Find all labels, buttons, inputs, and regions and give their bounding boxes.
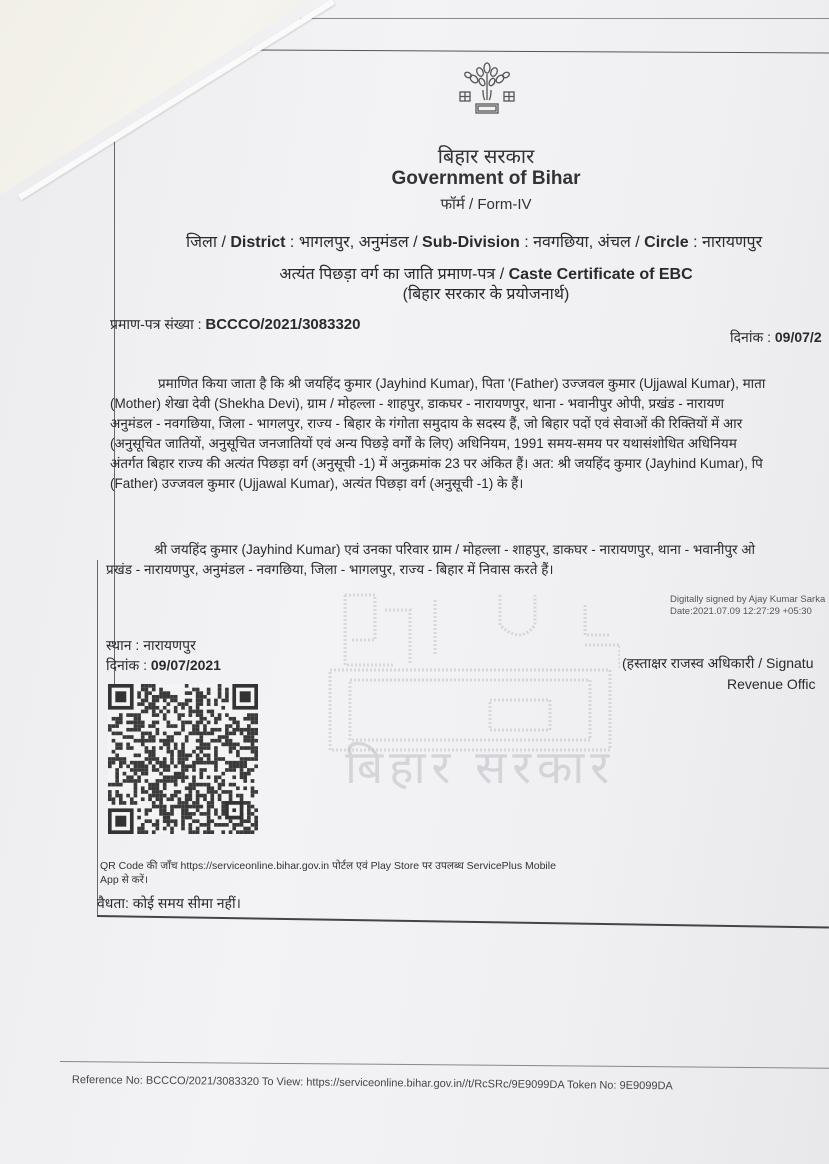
state-name-english: Government of Bihar bbox=[0, 168, 829, 190]
issue-place-label: स्थान : bbox=[106, 637, 143, 653]
signatory-designation: Revenue Offic bbox=[727, 676, 815, 692]
subdivision-label: Sub-Division bbox=[422, 234, 520, 251]
page-edge-line bbox=[300, 18, 829, 19]
paragraph-line: (अनुसूचित जातियों, अनुसूचित जनजातियों एव… bbox=[110, 434, 829, 454]
paragraph-line: श्री जयहिंद कुमार (Jayhind Kumar) एवं उन… bbox=[106, 540, 829, 560]
paragraph-line: प्रखंड - नारायणपुर, अनुमंडल - नवगछिया, ज… bbox=[106, 560, 829, 580]
district-label: जिला / bbox=[186, 234, 230, 251]
form-number: फॉर्म / Form-IV bbox=[0, 194, 829, 214]
issue-date-label: दिनांक : bbox=[106, 657, 151, 673]
certificate-date: दिनांक : 09/07/2 bbox=[730, 328, 822, 347]
paragraph-line: (Mother) शेखा देवी (Shekha Devi), ग्राम … bbox=[110, 394, 829, 414]
reference-separator bbox=[60, 1061, 829, 1069]
jurisdiction-line: जिला / District : भागलपुर, अनुमंडल / Sub… bbox=[186, 230, 762, 252]
certificate-date-label: दिनांक : bbox=[730, 329, 775, 345]
paragraph-line: अंतर्गत बिहार राज्य की अत्यंत पिछड़ा वर्… bbox=[110, 454, 829, 474]
bottom-border-line bbox=[97, 915, 829, 928]
qr-code-icon[interactable] bbox=[108, 684, 258, 834]
state-name-hindi: बिहार सरकार bbox=[0, 142, 829, 169]
left-border-line-lower bbox=[97, 560, 98, 915]
certification-paragraph: प्रमाणित किया जाता है कि श्री जयहिंद कुम… bbox=[110, 374, 829, 494]
watermark-text: बिहार सरकार bbox=[345, 735, 615, 797]
subdivision-value: : नवगछिया, अंचल / bbox=[520, 234, 644, 251]
circle-value: : नारायणपुर bbox=[689, 234, 763, 251]
reference-line: Reference No: BCCCO/2021/3083320 To View… bbox=[72, 1074, 673, 1092]
certificate-title: अत्यंत पिछड़ा वर्ग का जाति प्रमाण-पत्र /… bbox=[0, 262, 829, 284]
certificate-number-label: प्रमाण-पत्र संख्या : bbox=[110, 316, 205, 332]
bihar-govt-emblem-icon bbox=[456, 60, 518, 122]
district-label-en: District bbox=[230, 234, 285, 251]
certificate-title-english: Caste Certificate of EBC bbox=[509, 266, 693, 283]
issue-date-value: 09/07/2021 bbox=[151, 657, 221, 673]
qr-verification-note: QR Code की जाँच https://serviceonline.bi… bbox=[100, 859, 570, 887]
certificate-date-value: 09/07/2 bbox=[775, 329, 822, 345]
certificate-number-value: BCCCO/2021/3083320 bbox=[205, 316, 360, 333]
digital-signature: Digitally signed by Ajay Kumar Sarka Dat… bbox=[670, 594, 825, 618]
issue-place: स्थान : नारायणपुर bbox=[106, 636, 196, 655]
certificate-page: बिहार सरकार बिहार सरकार Government of Bi… bbox=[0, 0, 829, 1164]
digital-signature-date: Date:2021.07.09 12:27:29 +05:30 bbox=[670, 606, 825, 618]
issue-place-value: नारायणपुर bbox=[143, 637, 196, 653]
digital-signed-by: Digitally signed by Ajay Kumar Sarka bbox=[670, 594, 825, 606]
district-value: : भागलपुर, अनुमंडल / bbox=[285, 234, 422, 251]
issue-date: दिनांक : 09/07/2021 bbox=[106, 656, 221, 675]
circle-label: Circle bbox=[644, 234, 688, 251]
certificate-purpose: (बिहार सरकार के प्रयोजनार्थ) bbox=[0, 282, 829, 304]
signatory-label: (हस्ताक्षर राजस्व अधिकारी / Signatu bbox=[622, 654, 813, 673]
paragraph-line: (Father) उज्जवल कुमार (Ujjawal Kumar), अ… bbox=[110, 474, 829, 494]
paragraph-line: अनुमंडल - नवगछिया, जिला - भागलपुर, राज्य… bbox=[110, 414, 829, 434]
certificate-title-hindi: अत्यंत पिछड़ा वर्ग का जाति प्रमाण-पत्र / bbox=[279, 266, 508, 283]
certificate-number: प्रमाण-पत्र संख्या : BCCCO/2021/3083320 bbox=[110, 315, 361, 334]
residence-paragraph: श्री जयहिंद कुमार (Jayhind Kumar) एवं उन… bbox=[106, 540, 829, 580]
top-border-line bbox=[250, 49, 829, 53]
paragraph-line: प्रमाणित किया जाता है कि श्री जयहिंद कुम… bbox=[110, 374, 829, 394]
validity-note: वैधता: कोई समय सीमा नहीं। bbox=[97, 894, 241, 913]
